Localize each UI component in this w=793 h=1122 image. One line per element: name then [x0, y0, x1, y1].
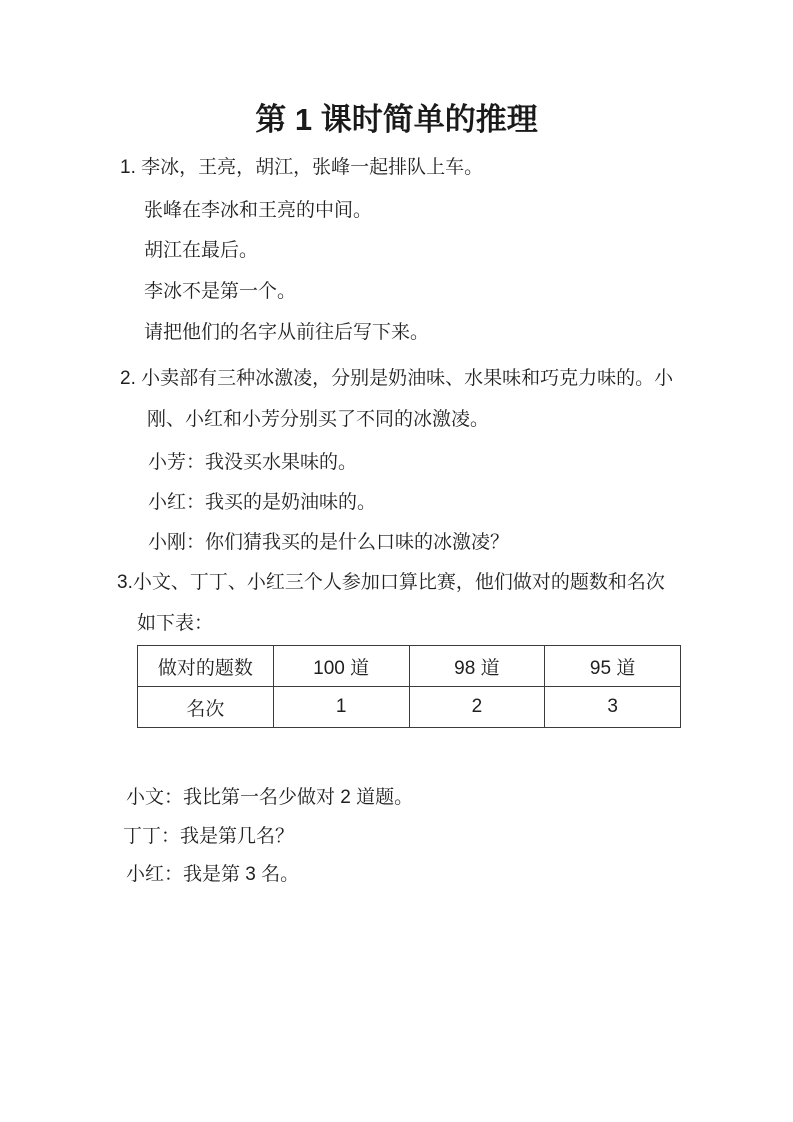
worksheet-page: 第 1 课时简单的推理 1. 李冰，王亮，胡江，张峰一起排队上车。 张峰在李冰和… — [0, 0, 793, 1122]
table-cell: 100 道 — [273, 646, 409, 687]
problem3-stem-line1: 3.小文、丁丁、小红三个人参加口算比赛，他们做对的题数和名次 — [117, 571, 665, 595]
table-cell: 1 — [273, 687, 409, 728]
score-table-row-questions: 做对的题数 100 道 98 道 95 道 — [138, 646, 681, 687]
problem2-dialogue: 小红：我买的是奶油味的。 — [148, 491, 376, 515]
table-cell: 名次 — [138, 687, 274, 728]
problem1-clue: 张峰在李冰和王亮的中间。 — [144, 199, 372, 223]
problem3-dialogue: 小红：我是第 3 名。 — [126, 863, 299, 887]
problem3-dialogue: 小文：我比第一名少做对 2 道题。 — [126, 786, 413, 810]
table-cell: 2 — [409, 687, 545, 728]
problem1-stem: 1. 李冰，王亮，胡江，张峰一起排队上车。 — [120, 156, 483, 180]
problem2-dialogue: 小刚：你们猜我买的是什么口味的冰激凌？ — [148, 531, 509, 555]
table-cell: 98 道 — [409, 646, 545, 687]
problem2-dialogue: 小芳：我没买水果味的。 — [148, 451, 357, 475]
score-table: 做对的题数 100 道 98 道 95 道 名次 1 2 3 — [137, 645, 681, 728]
problem1-clue: 胡江在最后。 — [144, 239, 258, 263]
problem3-stem-line2: 如下表： — [137, 612, 213, 636]
problem3-dialogue: 丁丁：我是第几名？ — [123, 825, 294, 849]
problem2-stem-line2: 刚、小红和小芳分别买了不同的冰激凌。 — [147, 408, 489, 432]
page-title: 第 1 课时简单的推理 — [0, 100, 793, 140]
problem2-stem-line1: 2. 小卖部有三种冰激凌，分别是奶油味、水果味和巧克力味的。小 — [120, 367, 673, 391]
problem1-clue: 李冰不是第一个。 — [144, 280, 296, 304]
table-cell: 3 — [545, 687, 681, 728]
table-cell: 95 道 — [545, 646, 681, 687]
problem1-clue: 请把他们的名字从前往后写下来。 — [144, 321, 429, 345]
table-cell: 做对的题数 — [138, 646, 274, 687]
score-table-row-rank: 名次 1 2 3 — [138, 687, 681, 728]
